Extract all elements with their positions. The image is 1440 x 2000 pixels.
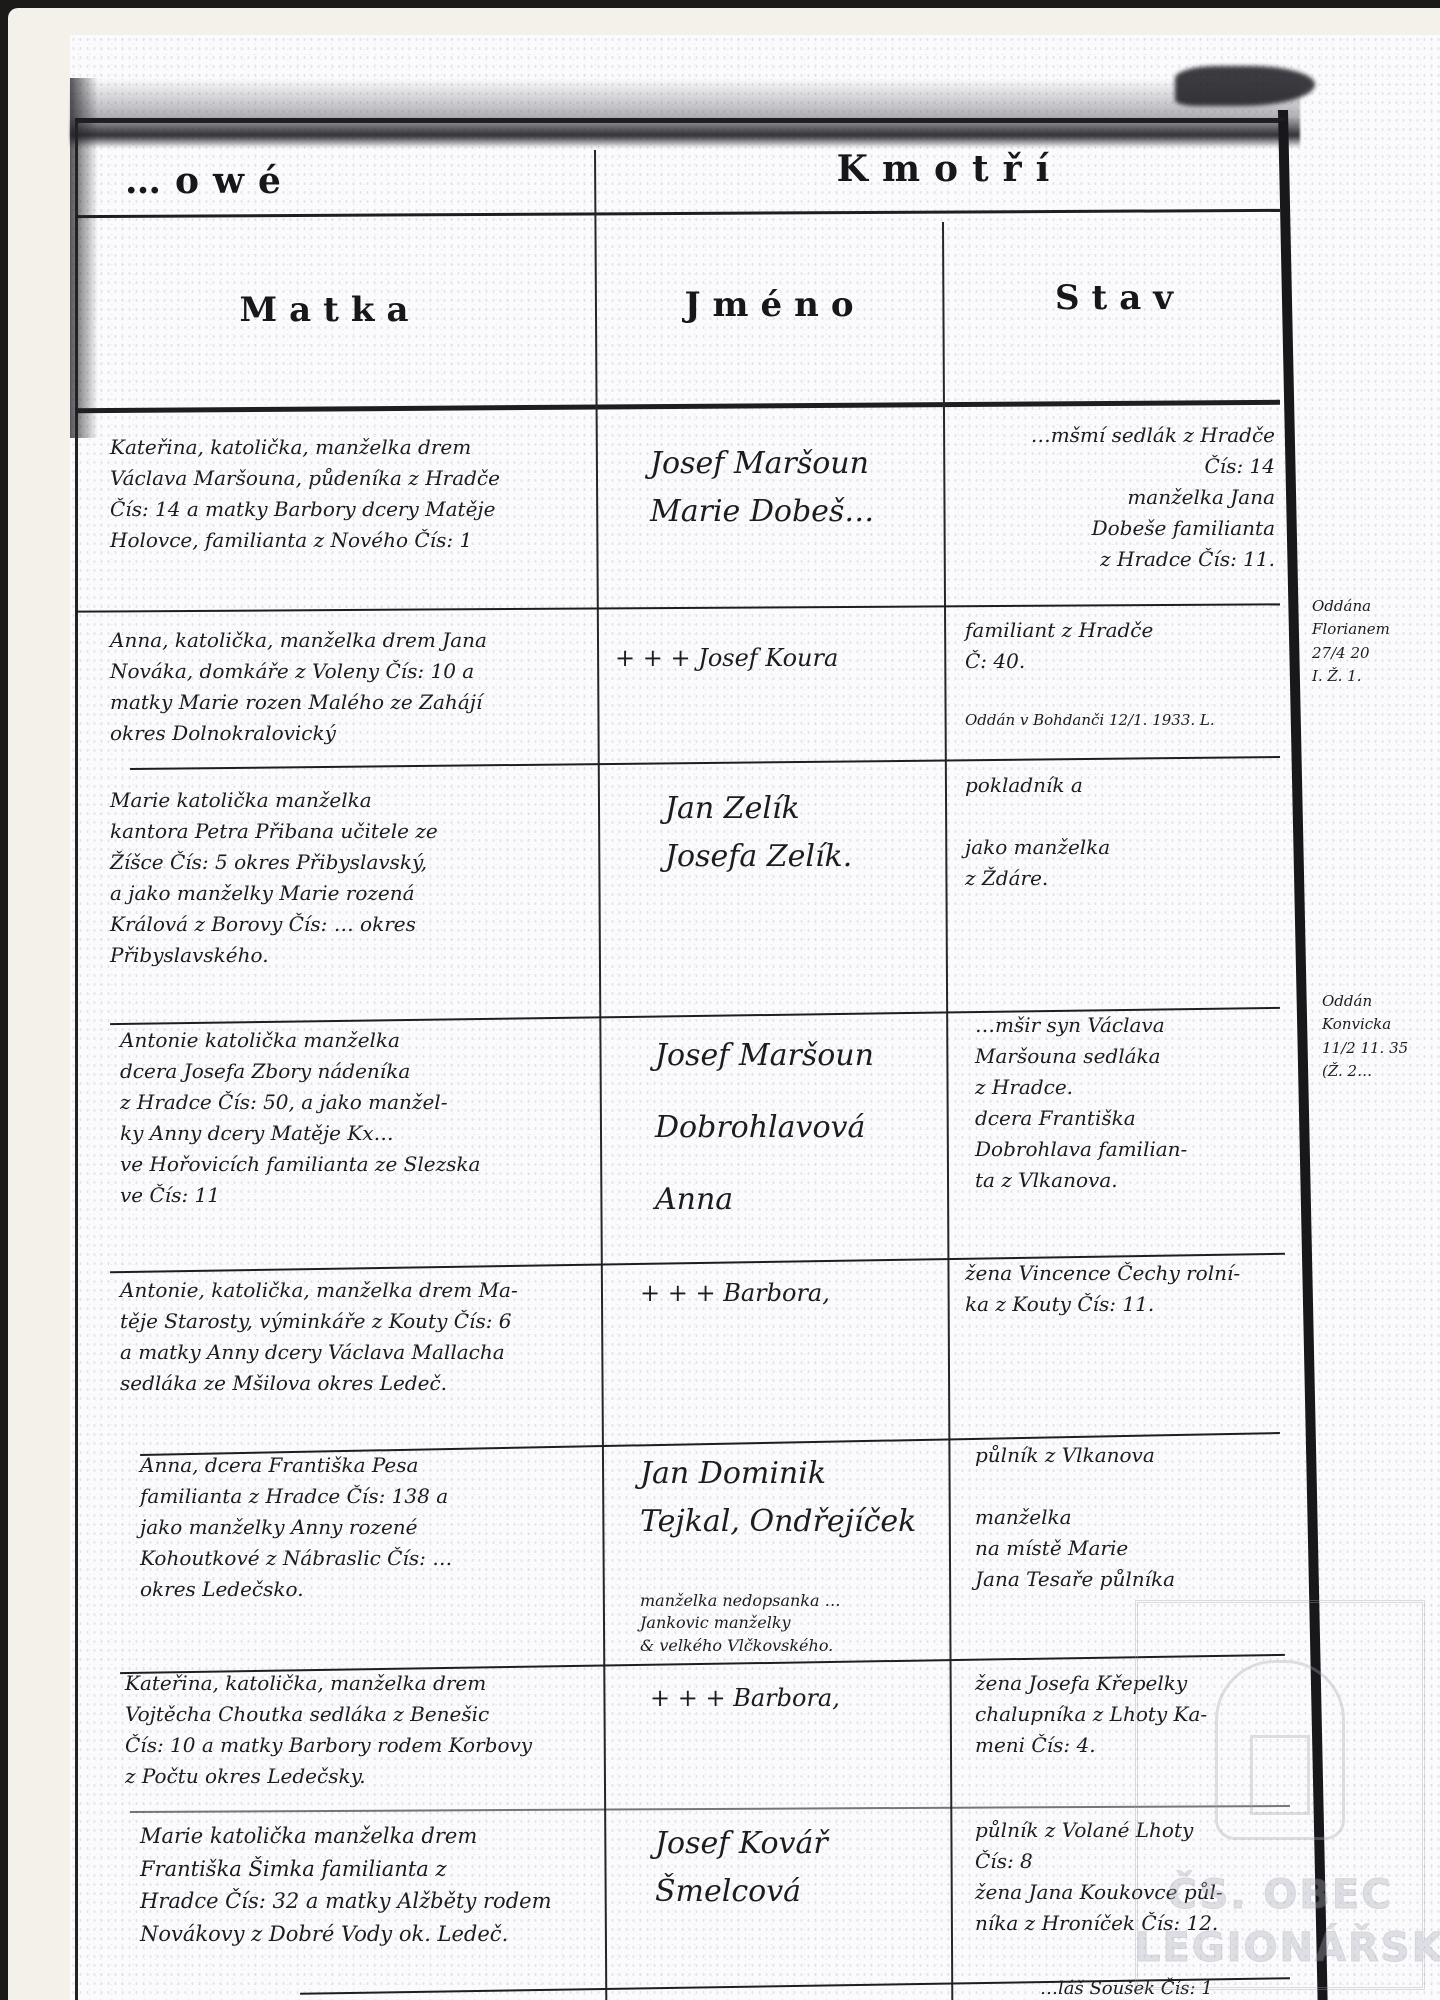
entry-5-stav: žena Vincence Čechy rolní- ka z Kouty Čí… — [965, 1258, 1275, 1320]
column-header-stav: Stav — [1010, 278, 1230, 318]
header-top-line — [75, 118, 1285, 121]
entry-5-matka: Antonie, katolička, manželka drem Ma- tě… — [120, 1275, 595, 1399]
margin-note-row-4: Oddán Konvicka 11/2 11. 35 (Ž. 2… — [1322, 990, 1440, 1083]
entry-3-stav: pokladník a jako manželka z Ždáre. — [965, 770, 1265, 894]
entry-1-jmeno: Josef Maršoun Marie Dobeš… — [650, 440, 950, 536]
column-header-matka: Matka — [200, 290, 460, 330]
entry-4-stav: …mšir syn Václava Maršouna sedláka z Hra… — [975, 1010, 1275, 1196]
entry-2-matka: Anna, katolička, manželka drem Jana Nová… — [110, 625, 590, 749]
entry-7-stav: žena Josefa Křepelky chalupníka z Lhoty … — [975, 1668, 1275, 1761]
entry-6-note: manželka nedopsanka … Jankovic manželky … — [640, 1590, 1070, 1657]
entry-1-stav: …mšmí sedlák z Hradče Čís: 14 manželka J… — [960, 420, 1275, 575]
entry-1-matka: Kateřina, katolička, manželka drem Václa… — [110, 432, 590, 556]
partial-row-stav: …láš Soušek Čís: 1 — [1040, 1975, 1280, 2000]
entry-4-matka: Antonie katolička manželka dcera Josefa … — [120, 1025, 590, 1211]
entry-2-jmeno: + + + Josef Koura — [615, 640, 935, 677]
entry-6-stav: půlník z Vlkanova manželka na místě Mari… — [975, 1440, 1280, 1595]
entry-6-jmeno: Jan Dominik Tejkal, Ondřejíček — [640, 1450, 950, 1546]
margin-note-row-2: Oddána Florianem 27/4 20 I. Ž. 1. — [1312, 595, 1437, 688]
entry-2-stav: familiant z Hradče Č: 40. — [965, 615, 1265, 677]
entry-5-jmeno: + + + Barbora, — [640, 1275, 930, 1312]
entry-7-matka: Kateřina, katolička, manželka drem Vojtě… — [125, 1668, 600, 1792]
header-group-parents: …owé — [110, 160, 310, 202]
entry-8-matka: Marie katolička manželka drem Františka … — [140, 1820, 610, 1950]
entry-4-jmeno: Josef Maršoun Dobrohlavová Anna — [655, 1020, 945, 1236]
entry-2-marriage-note: Oddán v Bohdanči 12/1. 1933. L. — [965, 710, 1285, 731]
entry-3-matka: Marie katolička manželka kantora Petra P… — [110, 785, 590, 971]
entry-6-matka: Anna, dcera Františka Pesa familianta z … — [140, 1450, 600, 1605]
entry-3-jmeno: Jan Zelík Josefa Zelík. — [665, 785, 935, 881]
header-group-godparents: Kmotří — [800, 148, 1100, 190]
entry-8-jmeno: Josef Kovář Šmelcová — [655, 1820, 945, 1916]
entry-8-stav: půlník z Volané Lhoty Čís: 8 žena Jana K… — [975, 1815, 1280, 1939]
entry-7-jmeno: + + + Barbora, — [650, 1680, 940, 1717]
column-header-jmeno: Jméno — [640, 285, 910, 325]
